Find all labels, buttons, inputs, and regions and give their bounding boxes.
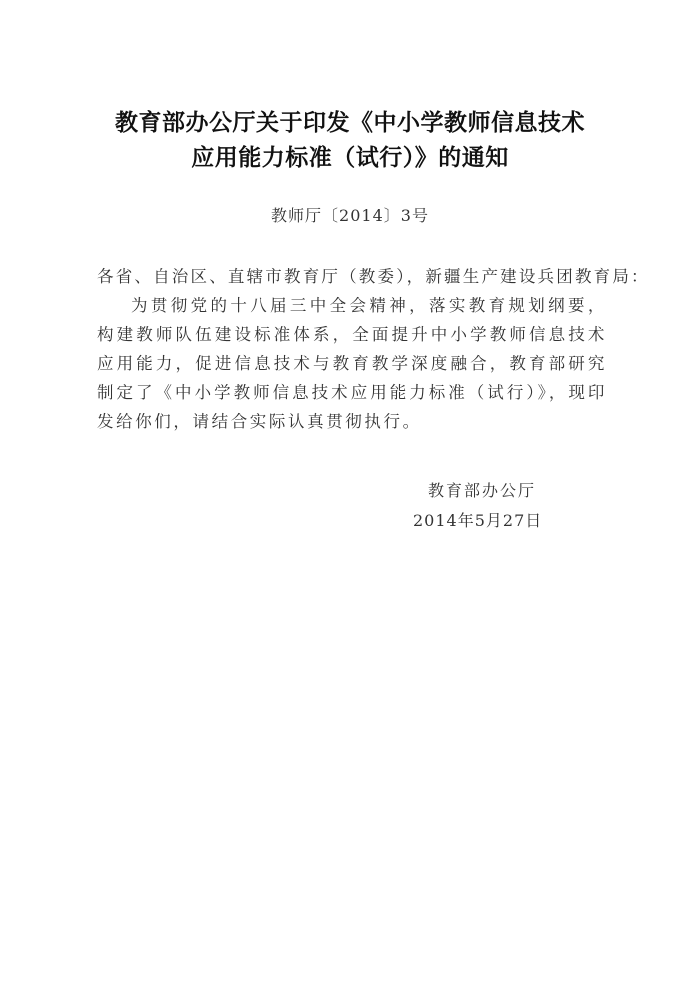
document-number: 教师厅〔2014〕3号 — [0, 203, 700, 226]
body-paragraph: 为贯彻党的十八届三中全会精神，落实教育规划纲要，构建教师队伍建设标准体系，全面提… — [97, 291, 607, 436]
salutation: 各省、自治区、直辖市教育厅（教委），新疆生产建设兵团教育局： — [97, 262, 607, 291]
document-title-line-1: 教育部办公厅关于印发《中小学教师信息技术 — [0, 106, 700, 140]
signature-organization: 教育部办公厅 — [428, 478, 536, 501]
signature-date: 2014年5月27日 — [413, 508, 542, 531]
document-title-line-2: 应用能力标准（试行）》的通知 — [0, 141, 700, 175]
